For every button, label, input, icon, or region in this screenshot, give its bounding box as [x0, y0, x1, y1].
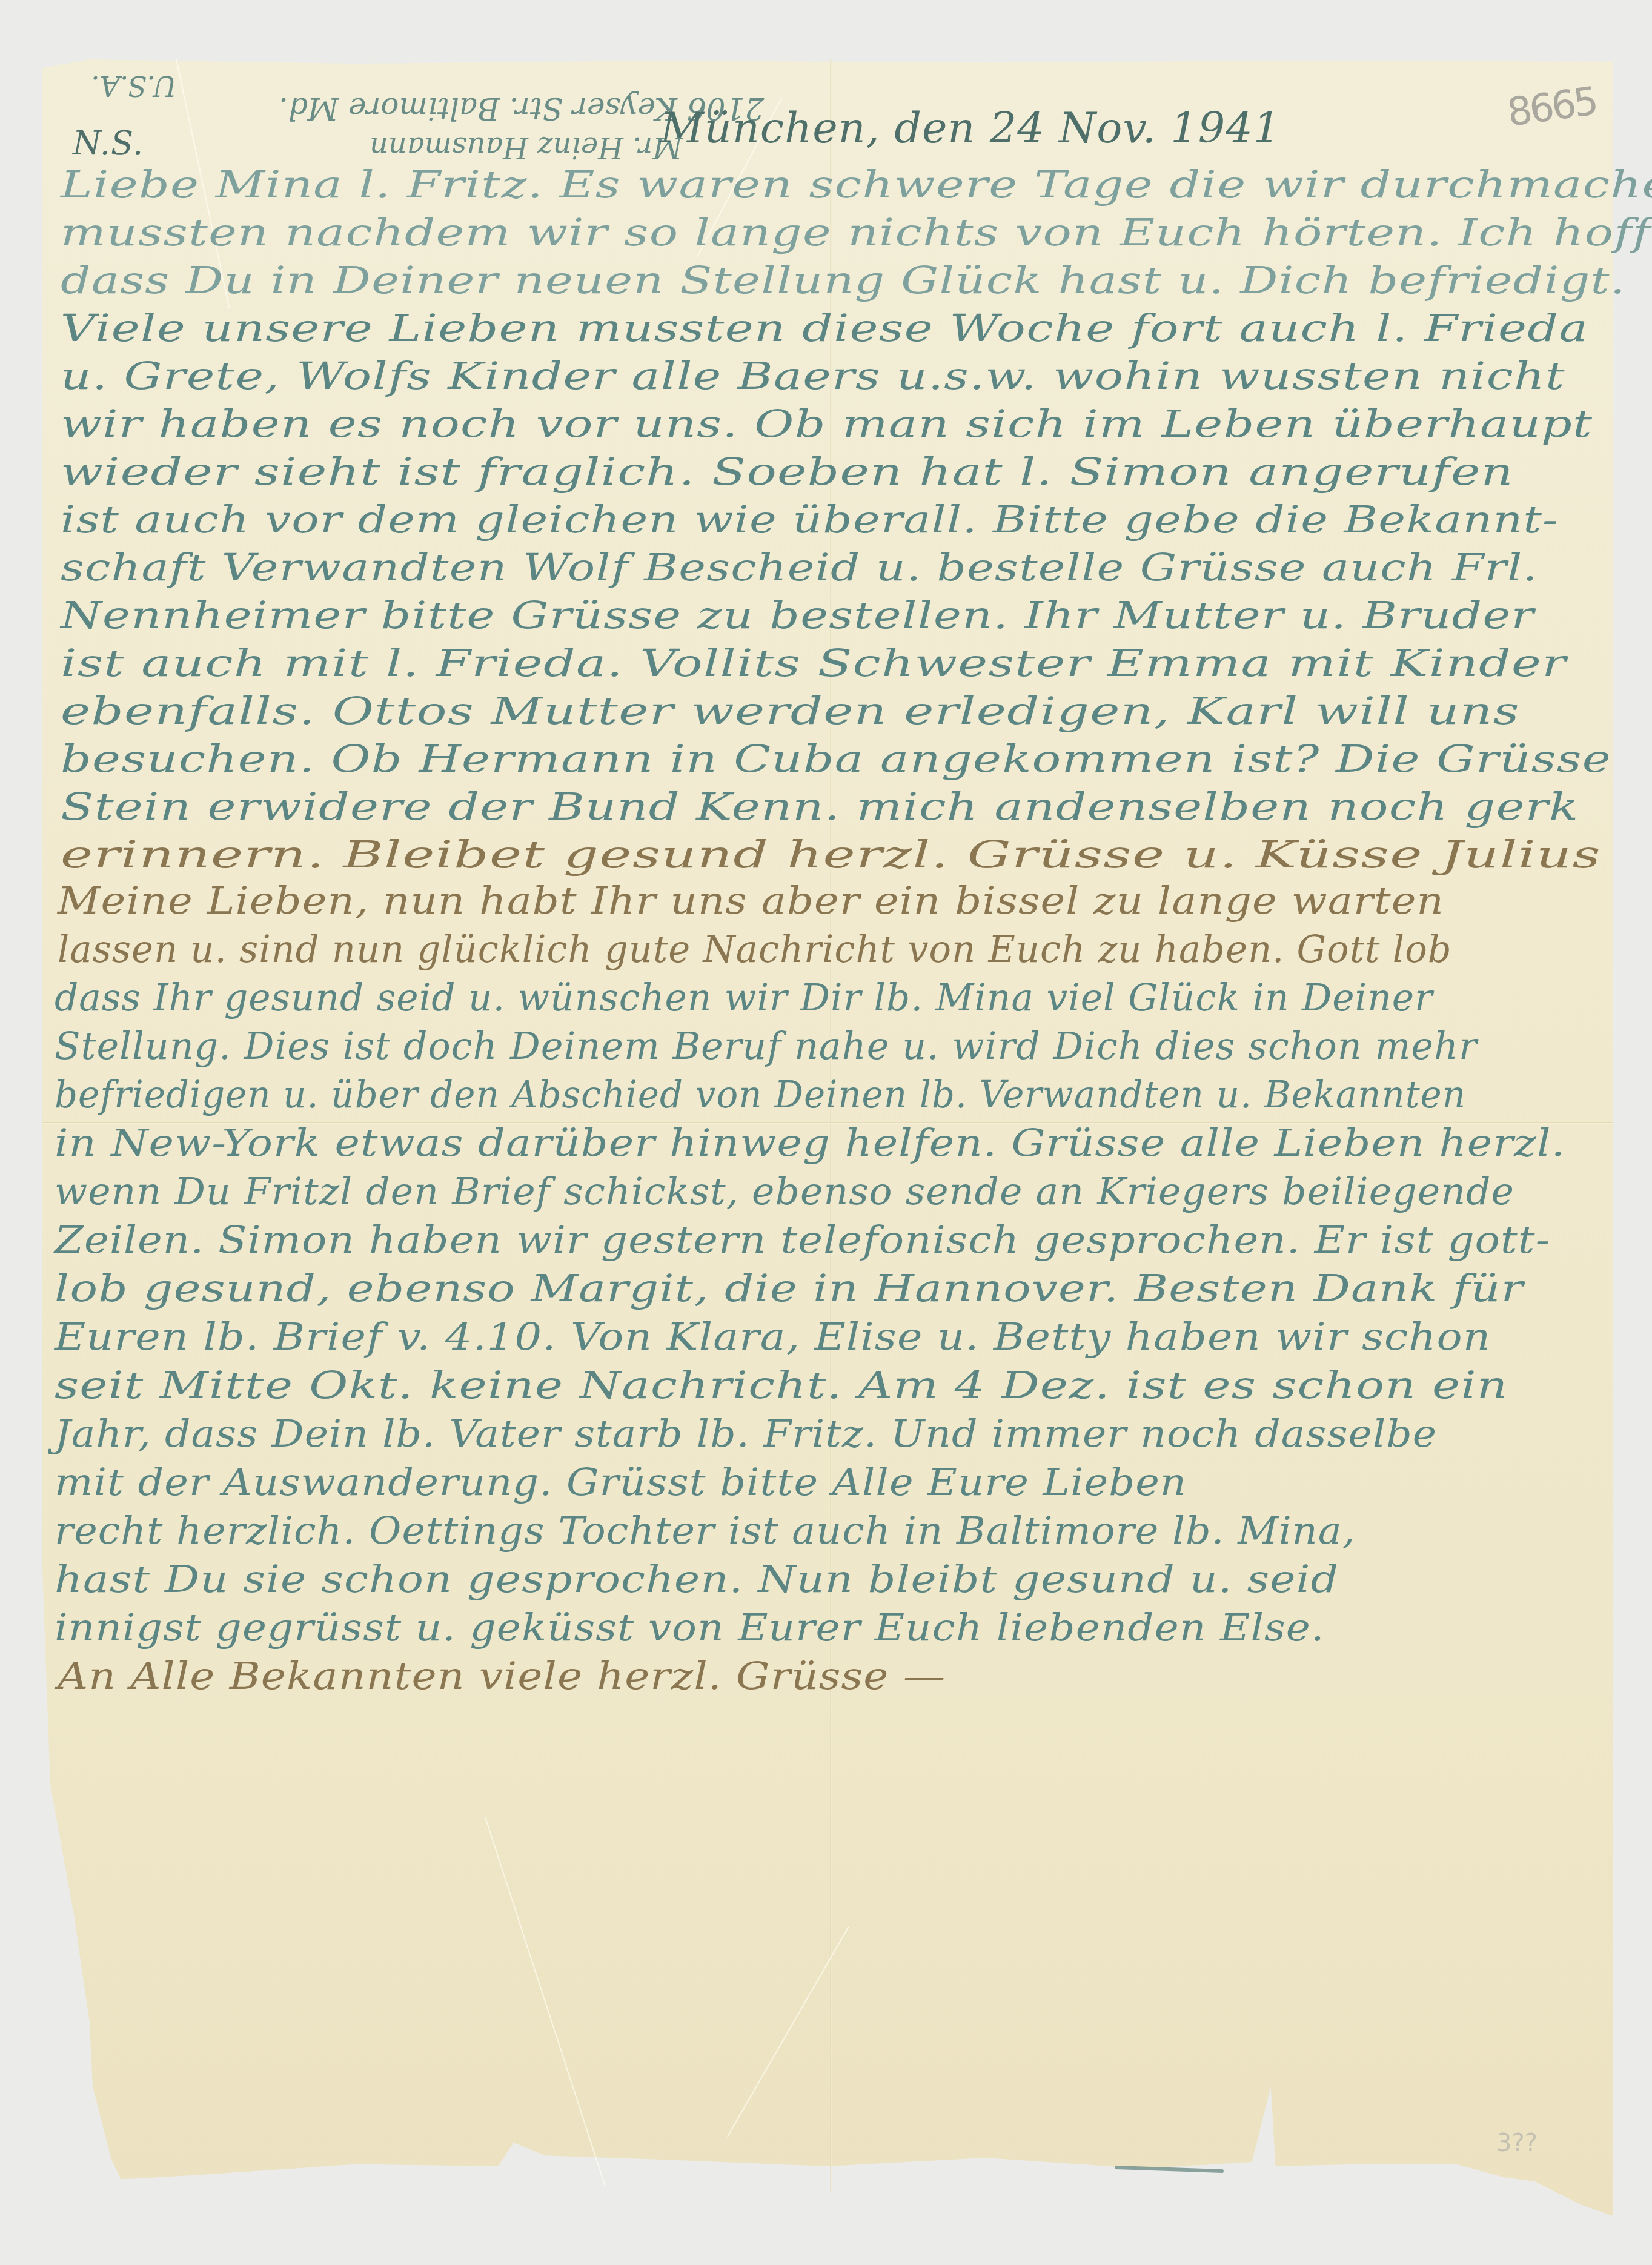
letter-line: Nennheimer bitte Grüsse zu bestellen. Ih… [61, 593, 1534, 637]
place-date: München, den 24 Nov. 1941 [660, 103, 1281, 153]
letter-line: wir haben es noch vor uns. Ob man sich i… [61, 402, 1593, 446]
letter-line: seit Mitte Okt. keine Nachricht. Am 4 De… [55, 1363, 1508, 1407]
letter-line: ist auch mit l. Frieda. Vollits Schweste… [61, 641, 1567, 685]
letter-line: hast Du sie schon gesprochen. Nun bleibt… [55, 1557, 1339, 1601]
letter-line: Euren lb. Brief v. 4.10. Von Klara, Elis… [55, 1315, 1491, 1359]
letter-line: wenn Du Fritzl den Brief schickst, ebens… [55, 1169, 1514, 1213]
letter-line: wieder sieht ist fraglich. Soeben hat l.… [61, 449, 1514, 494]
letter-line: Stein erwidere der Bund Kenn. mich anden… [61, 784, 1579, 829]
letter-line: lob gesund, ebenso Margit, die in Hannov… [55, 1266, 1524, 1310]
letter-line-signature: erinnern. Bleibet gesund herzl. Grüsse u… [61, 832, 1601, 877]
letter-line: Jahr, dass Dein lb. Vater starb lb. Frit… [55, 1411, 1437, 1456]
letter-line: mit der Auswanderung. Grüsst bitte Alle … [55, 1460, 1187, 1504]
letter-line: besuchen. Ob Hermann in Cuba angekommen … [61, 737, 1611, 781]
pencil-mark-bottom: 3?? [1496, 2129, 1538, 2157]
letter-line: innigst gegrüsst u. geküsst von Eurer Eu… [55, 1605, 1325, 1650]
letter-line: Liebe Mina l. Fritz. Es waren schwere Ta… [61, 162, 1652, 207]
letter-line: Viele unsere Lieben mussten diese Woche … [61, 306, 1588, 350]
letter-line: Meine Lieben, nun habt Ihr uns aber ein … [58, 878, 1444, 923]
letter-line: ist auch vor dem gleichen wie überall. B… [61, 497, 1559, 542]
letter-line: befriedigen u. über den Abschied von Dei… [55, 1072, 1466, 1116]
letter-line: mussten nachdem wir so lange nichts von … [61, 210, 1652, 254]
letter-line: Zeilen. Simon haben wir gestern telefoni… [55, 1218, 1550, 1262]
letter-line-closing: An Alle Bekannten viele herzl. Grüsse — [58, 1654, 946, 1698]
reference-mark: N.S. [73, 124, 144, 162]
letter-line: dass Du in Deiner neuen Stellung Glück h… [61, 258, 1626, 302]
letter-line: dass Ihr gesund seid u. wünschen wir Dir… [55, 975, 1433, 1020]
letter-line: schaft Verwandten Wolf Bescheid u. beste… [61, 545, 1538, 589]
upside-down-address-line-1: Mr. Heinz Hausmann [370, 130, 682, 164]
letter-line: in New-York etwas darüber hinweg helfen.… [55, 1121, 1565, 1165]
upside-down-address-line-3: U.S.A. [91, 70, 177, 102]
letter-line: Stellung. Dies ist doch Deinem Beruf nah… [55, 1024, 1478, 1068]
letter-line: u. Grete, Wolfs Kinder alle Baers u.s.w.… [61, 354, 1565, 398]
letter-line: ebenfalls. Ottos Mutter werden erledigen… [61, 689, 1520, 733]
letter-line: recht herzlich. Oettings Tochter ist auc… [55, 1508, 1355, 1553]
letter-line: lassen u. sind nun glücklich gute Nachri… [58, 927, 1452, 971]
